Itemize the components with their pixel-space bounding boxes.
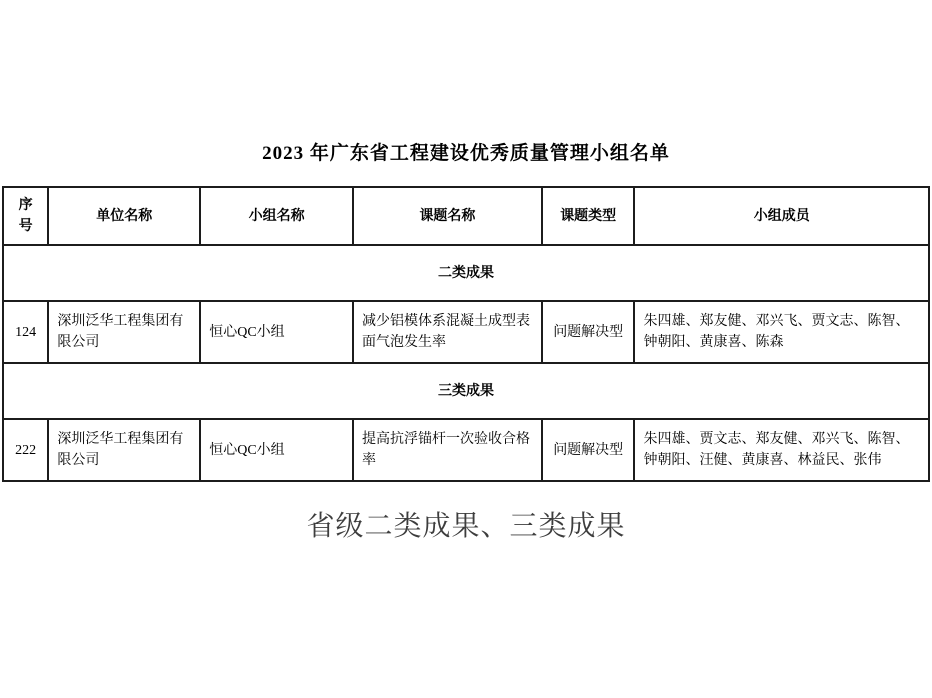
table-row: 124 深圳泛华工程集团有限公司 恒心QC小组 减少铝模体系混凝土成型表面气泡发… bbox=[3, 301, 929, 363]
cell-topic-type: 问题解决型 bbox=[542, 301, 635, 363]
cell-topic-type: 问题解决型 bbox=[542, 419, 635, 481]
category-row-class3: 三类成果 bbox=[3, 363, 929, 419]
category-row-class2: 二类成果 bbox=[3, 245, 929, 301]
column-header-unit: 单位名称 bbox=[48, 187, 200, 245]
column-header-group: 小组名称 bbox=[200, 187, 353, 245]
column-header-topic: 课题名称 bbox=[353, 187, 542, 245]
cell-members: 朱四雄、郑友健、邓兴飞、贾文志、陈智、钟朝阳、黄康喜、陈森 bbox=[634, 301, 929, 363]
quality-groups-table: 序号 单位名称 小组名称 课题名称 课题类型 小组成员 二类成果 124 深圳泛… bbox=[2, 186, 930, 482]
cell-unit-name: 深圳泛华工程集团有限公司 bbox=[48, 301, 200, 363]
column-header-members: 小组成员 bbox=[634, 187, 929, 245]
category-label-class2: 二类成果 bbox=[3, 245, 929, 301]
cell-topic-name: 减少铝模体系混凝土成型表面气泡发生率 bbox=[353, 301, 542, 363]
cell-group-name: 恒心QC小组 bbox=[200, 301, 353, 363]
cell-serial: 124 bbox=[3, 301, 48, 363]
column-header-type: 课题类型 bbox=[542, 187, 635, 245]
table-row: 222 深圳泛华工程集团有限公司 恒心QC小组 提高抗浮锚杆一次验收合格率 问题… bbox=[3, 419, 929, 481]
cell-unit-name: 深圳泛华工程集团有限公司 bbox=[48, 419, 200, 481]
page-title: 2023 年广东省工程建设优秀质量管理小组名单 bbox=[0, 138, 932, 165]
table-header-row: 序号 单位名称 小组名称 课题名称 课题类型 小组成员 bbox=[3, 187, 929, 245]
footer-caption: 省级二类成果、三类成果 bbox=[0, 504, 932, 544]
cell-group-name: 恒心QC小组 bbox=[200, 419, 353, 481]
cell-topic-name: 提高抗浮锚杆一次验收合格率 bbox=[353, 419, 542, 481]
cell-members: 朱四雄、贾文志、郑友健、邓兴飞、陈智、钟朝阳、汪健、黄康喜、林益民、张伟 bbox=[634, 419, 929, 481]
cell-serial: 222 bbox=[3, 419, 48, 481]
category-label-class3: 三类成果 bbox=[3, 363, 929, 419]
column-header-serial: 序号 bbox=[3, 187, 48, 245]
